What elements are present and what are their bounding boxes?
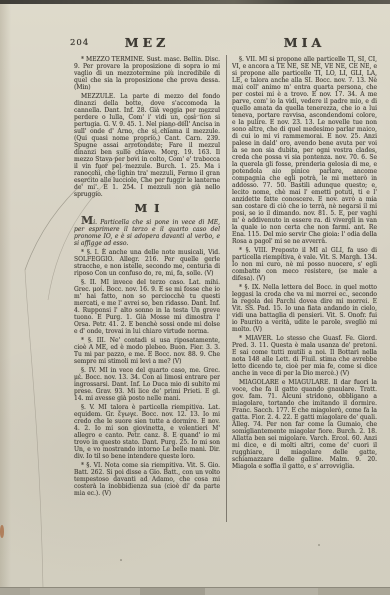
mi-section-5: §. V. MI talora è particella riempitiva.… [74, 404, 220, 460]
mi-section-3: * §. III. Ne' contadi si usa riposatamen… [74, 337, 220, 365]
foxing-mark [0, 525, 4, 538]
running-head-right: MIA [232, 35, 377, 50]
scan-canvas: 204 MEZ MIA * MEZZO TERMINE. Sust. masc.… [0, 0, 390, 595]
right-column: §. VII. MI si propone alle particelle TI… [232, 56, 377, 522]
ink-speck [318, 544, 320, 546]
section-heading-mi: MI [74, 205, 220, 212]
entry-miavere: * MIAVER. Lo stesso che Guasf. Fe. Giord… [232, 335, 377, 377]
mi-section-4: §. IV. MI in vece del quarto caso, me. G… [74, 367, 220, 402]
ink-speck [120, 559, 122, 561]
left-column: * MEZZO TERMINE. Sust. masc. Bellin. Dis… [74, 56, 220, 522]
mi-section-1: * §. I. È anche una delle note musicali,… [74, 249, 220, 277]
entry-mezzo-termine: * MEZZO TERMINE. Sust. masc. Bellin. Dis… [74, 56, 220, 91]
mi-section-6: * §. VI. Nota come sia riempitiva. Vit. … [74, 462, 220, 497]
column-divider-rule [226, 55, 227, 522]
scan-edge-bottom [0, 587, 390, 595]
running-head: 204 MEZ MIA [0, 35, 390, 51]
mi-section-9: * §. IX. Nella lettera del Bocc. in quel… [232, 284, 377, 333]
page-paper: 204 MEZ MIA * MEZZO TERMINE. Sust. masc.… [0, 4, 390, 588]
scanned-book-page: { "page": { "number": "204", "left_runni… [0, 0, 390, 595]
mi-section-8: * §. VIII. Preposto il MI al GLI, fa uso… [232, 247, 377, 282]
entry-miagolare: MIAGOLARE e MIAGULARE. Il dar fuori la v… [232, 379, 377, 470]
entry-mezzule: MEZZULE. La parte di mezzo del fondo din… [74, 93, 220, 198]
entry-mi-definition: Mi. Particella che si pone in vece di ME… [74, 218, 220, 247]
mi-section-2: §. II. MI invece del terzo caso. Lat. mi… [74, 279, 220, 335]
mi-section-7: §. VII. MI si propone alle particelle TI… [232, 56, 377, 245]
running-head-left: MEZ [74, 35, 220, 50]
